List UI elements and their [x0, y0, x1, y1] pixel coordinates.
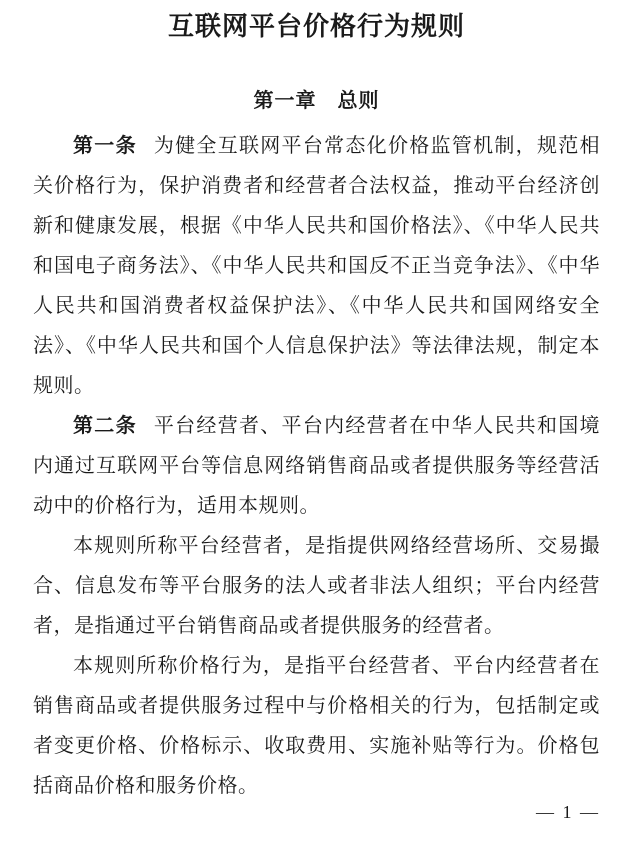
paragraph-definitions-price-behavior: 本规则所称价格行为，是指平台经营者、平台内经营者在销售商品或者提供服务过程中与价… [33, 646, 600, 806]
article-2-label: 第二条 [73, 415, 137, 437]
paragraph-4-text: 本规则所称价格行为，是指平台经营者、平台内经营者在销售商品或者提供服务过程中与价… [33, 655, 600, 797]
paragraph-definitions-operators: 本规则所称平台经营者，是指提供网络经营场所、交易撮合、信息发布等平台服务的法人或… [33, 526, 600, 646]
paragraph-3-text: 本规则所称平台经营者，是指提供网络经营场所、交易撮合、信息发布等平台服务的法人或… [33, 535, 600, 637]
article-1-text: 为健全互联网平台常态化价格监管机制，规范相关价格行为，保护消费者和经营者合法权益… [33, 135, 600, 397]
paragraph-article-1: 第一条为健全互联网平台常态化价格监管机制，规范相关价格行为，保护消费者和经营者合… [33, 126, 600, 406]
document-body: 第一条为健全互联网平台常态化价格监管机制，规范相关价格行为，保护消费者和经营者合… [33, 126, 600, 806]
document-content: 互联网平台价格行为规则 第一章 总则 第一条为健全互联网平台常态化价格监管机制，… [0, 0, 629, 806]
article-1-label: 第一条 [73, 135, 137, 157]
paragraph-article-2: 第二条平台经营者、平台内经营者在中华人民共和国境内通过互联网平台等信息网络销售商… [33, 406, 600, 526]
page-number: — 1 — [536, 801, 600, 823]
document-title: 互联网平台价格行为规则 [33, 12, 600, 42]
document-page: 互联网平台价格行为规则 第一章 总则 第一条为健全互联网平台常态化价格监管机制，… [0, 0, 629, 847]
chapter-heading: 第一章 总则 [33, 89, 600, 113]
